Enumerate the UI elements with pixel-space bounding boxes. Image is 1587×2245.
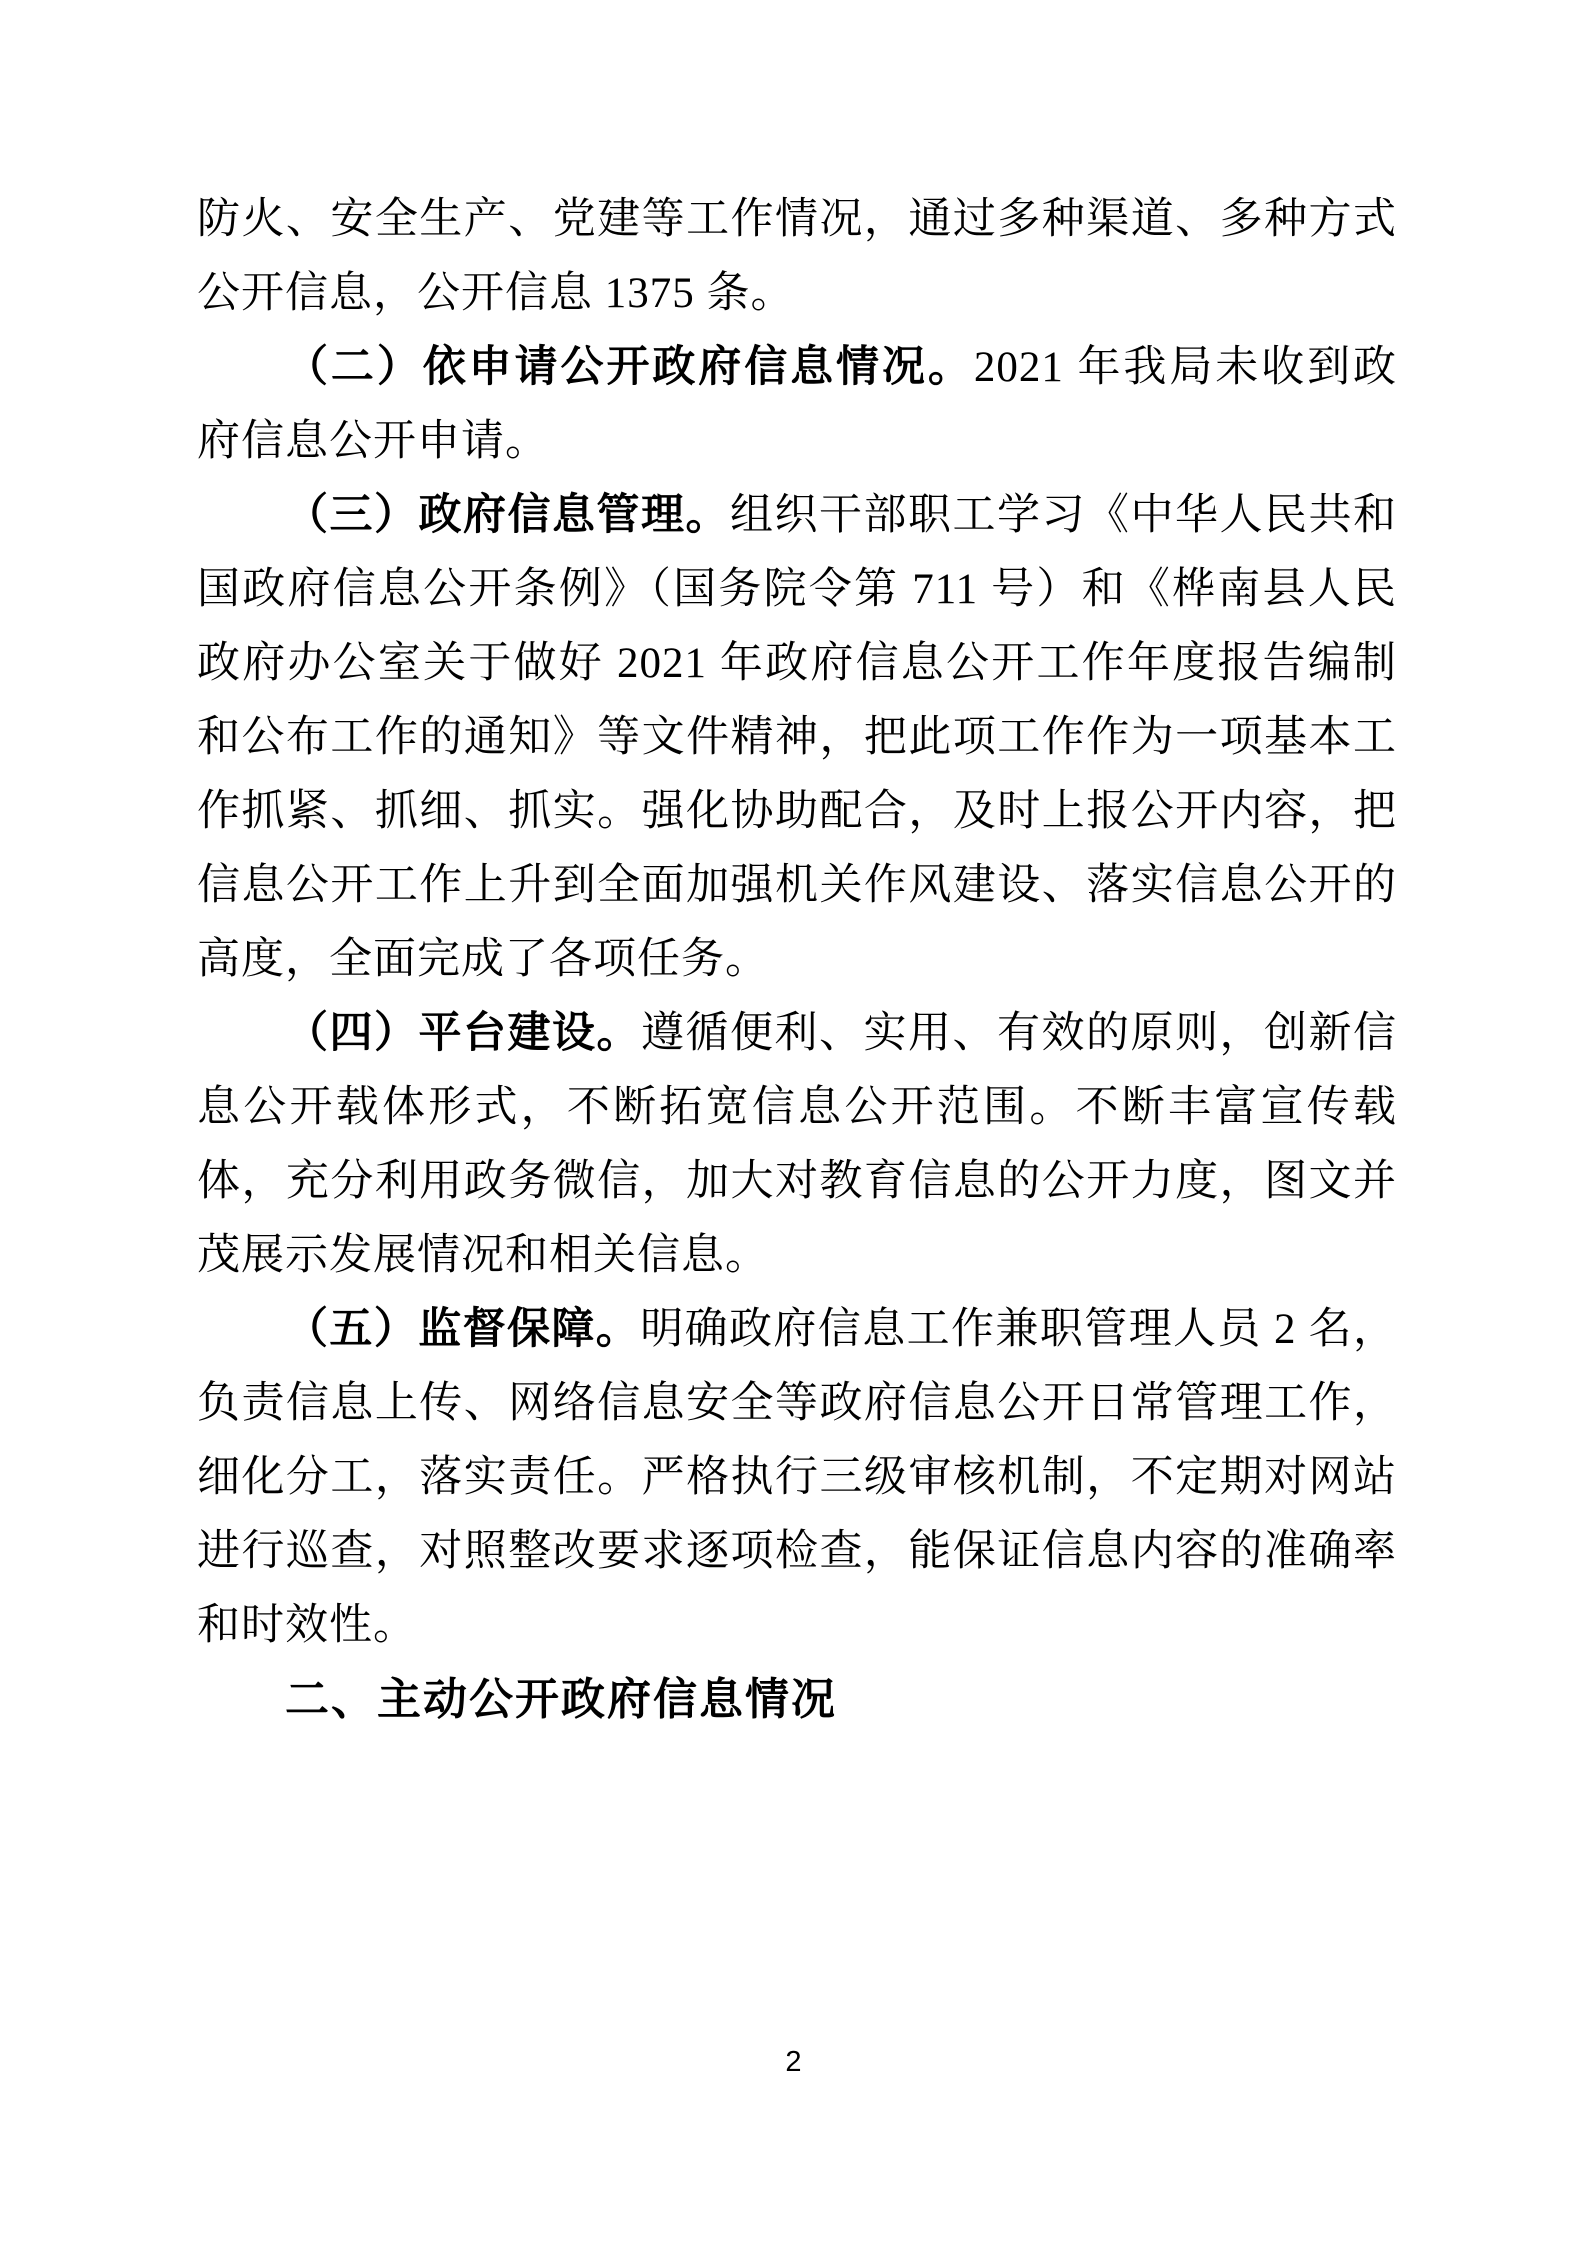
paragraph-item-2: （二）依申请公开政府信息情况。2021 年我局未收到政府信息公开申请。 [197, 331, 1397, 479]
paragraph-text: 明确政府信息工作兼职管理人员 2 名，负责信息上传、网络信息安全等政府信息公开日… [197, 1306, 1397, 1649]
section-heading: 二、主动公开政府信息情况 [197, 1663, 1397, 1737]
paragraph-head: （四）平台建设。 [285, 1010, 641, 1057]
page-number: 2 [0, 2046, 1587, 2079]
document-body: 防火、安全生产、党建等工作情况，通过多种渠道、多种方式公开信息，公开信息 137… [197, 183, 1397, 1737]
document-page: 防火、安全生产、党建等工作情况，通过多种渠道、多种方式公开信息，公开信息 137… [0, 0, 1587, 2245]
paragraph-item-5: （五）监督保障。明确政府信息工作兼职管理人员 2 名，负责信息上传、网络信息安全… [197, 1293, 1397, 1663]
paragraph-item-4: （四）平台建设。遵循便利、实用、有效的原则，创新信息公开载体形式，不断拓宽信息公… [197, 997, 1397, 1293]
paragraph-text: 组织干部职工学习《中华人民共和国政府信息公开条例》（国务院令第 711 号）和《… [197, 492, 1397, 983]
paragraph-head: （五）监督保障。 [285, 1306, 640, 1353]
paragraph-head: （二）依申请公开政府信息情况。 [285, 344, 974, 391]
paragraph-item-3: （三）政府信息管理。组织干部职工学习《中华人民共和国政府信息公开条例》（国务院令… [197, 479, 1397, 997]
paragraph-continuation: 防火、安全生产、党建等工作情况，通过多种渠道、多种方式公开信息，公开信息 137… [197, 183, 1397, 331]
paragraph-text: 防火、安全生产、党建等工作情况，通过多种渠道、多种方式公开信息，公开信息 137… [197, 196, 1397, 317]
paragraph-head: （三）政府信息管理。 [285, 492, 730, 539]
